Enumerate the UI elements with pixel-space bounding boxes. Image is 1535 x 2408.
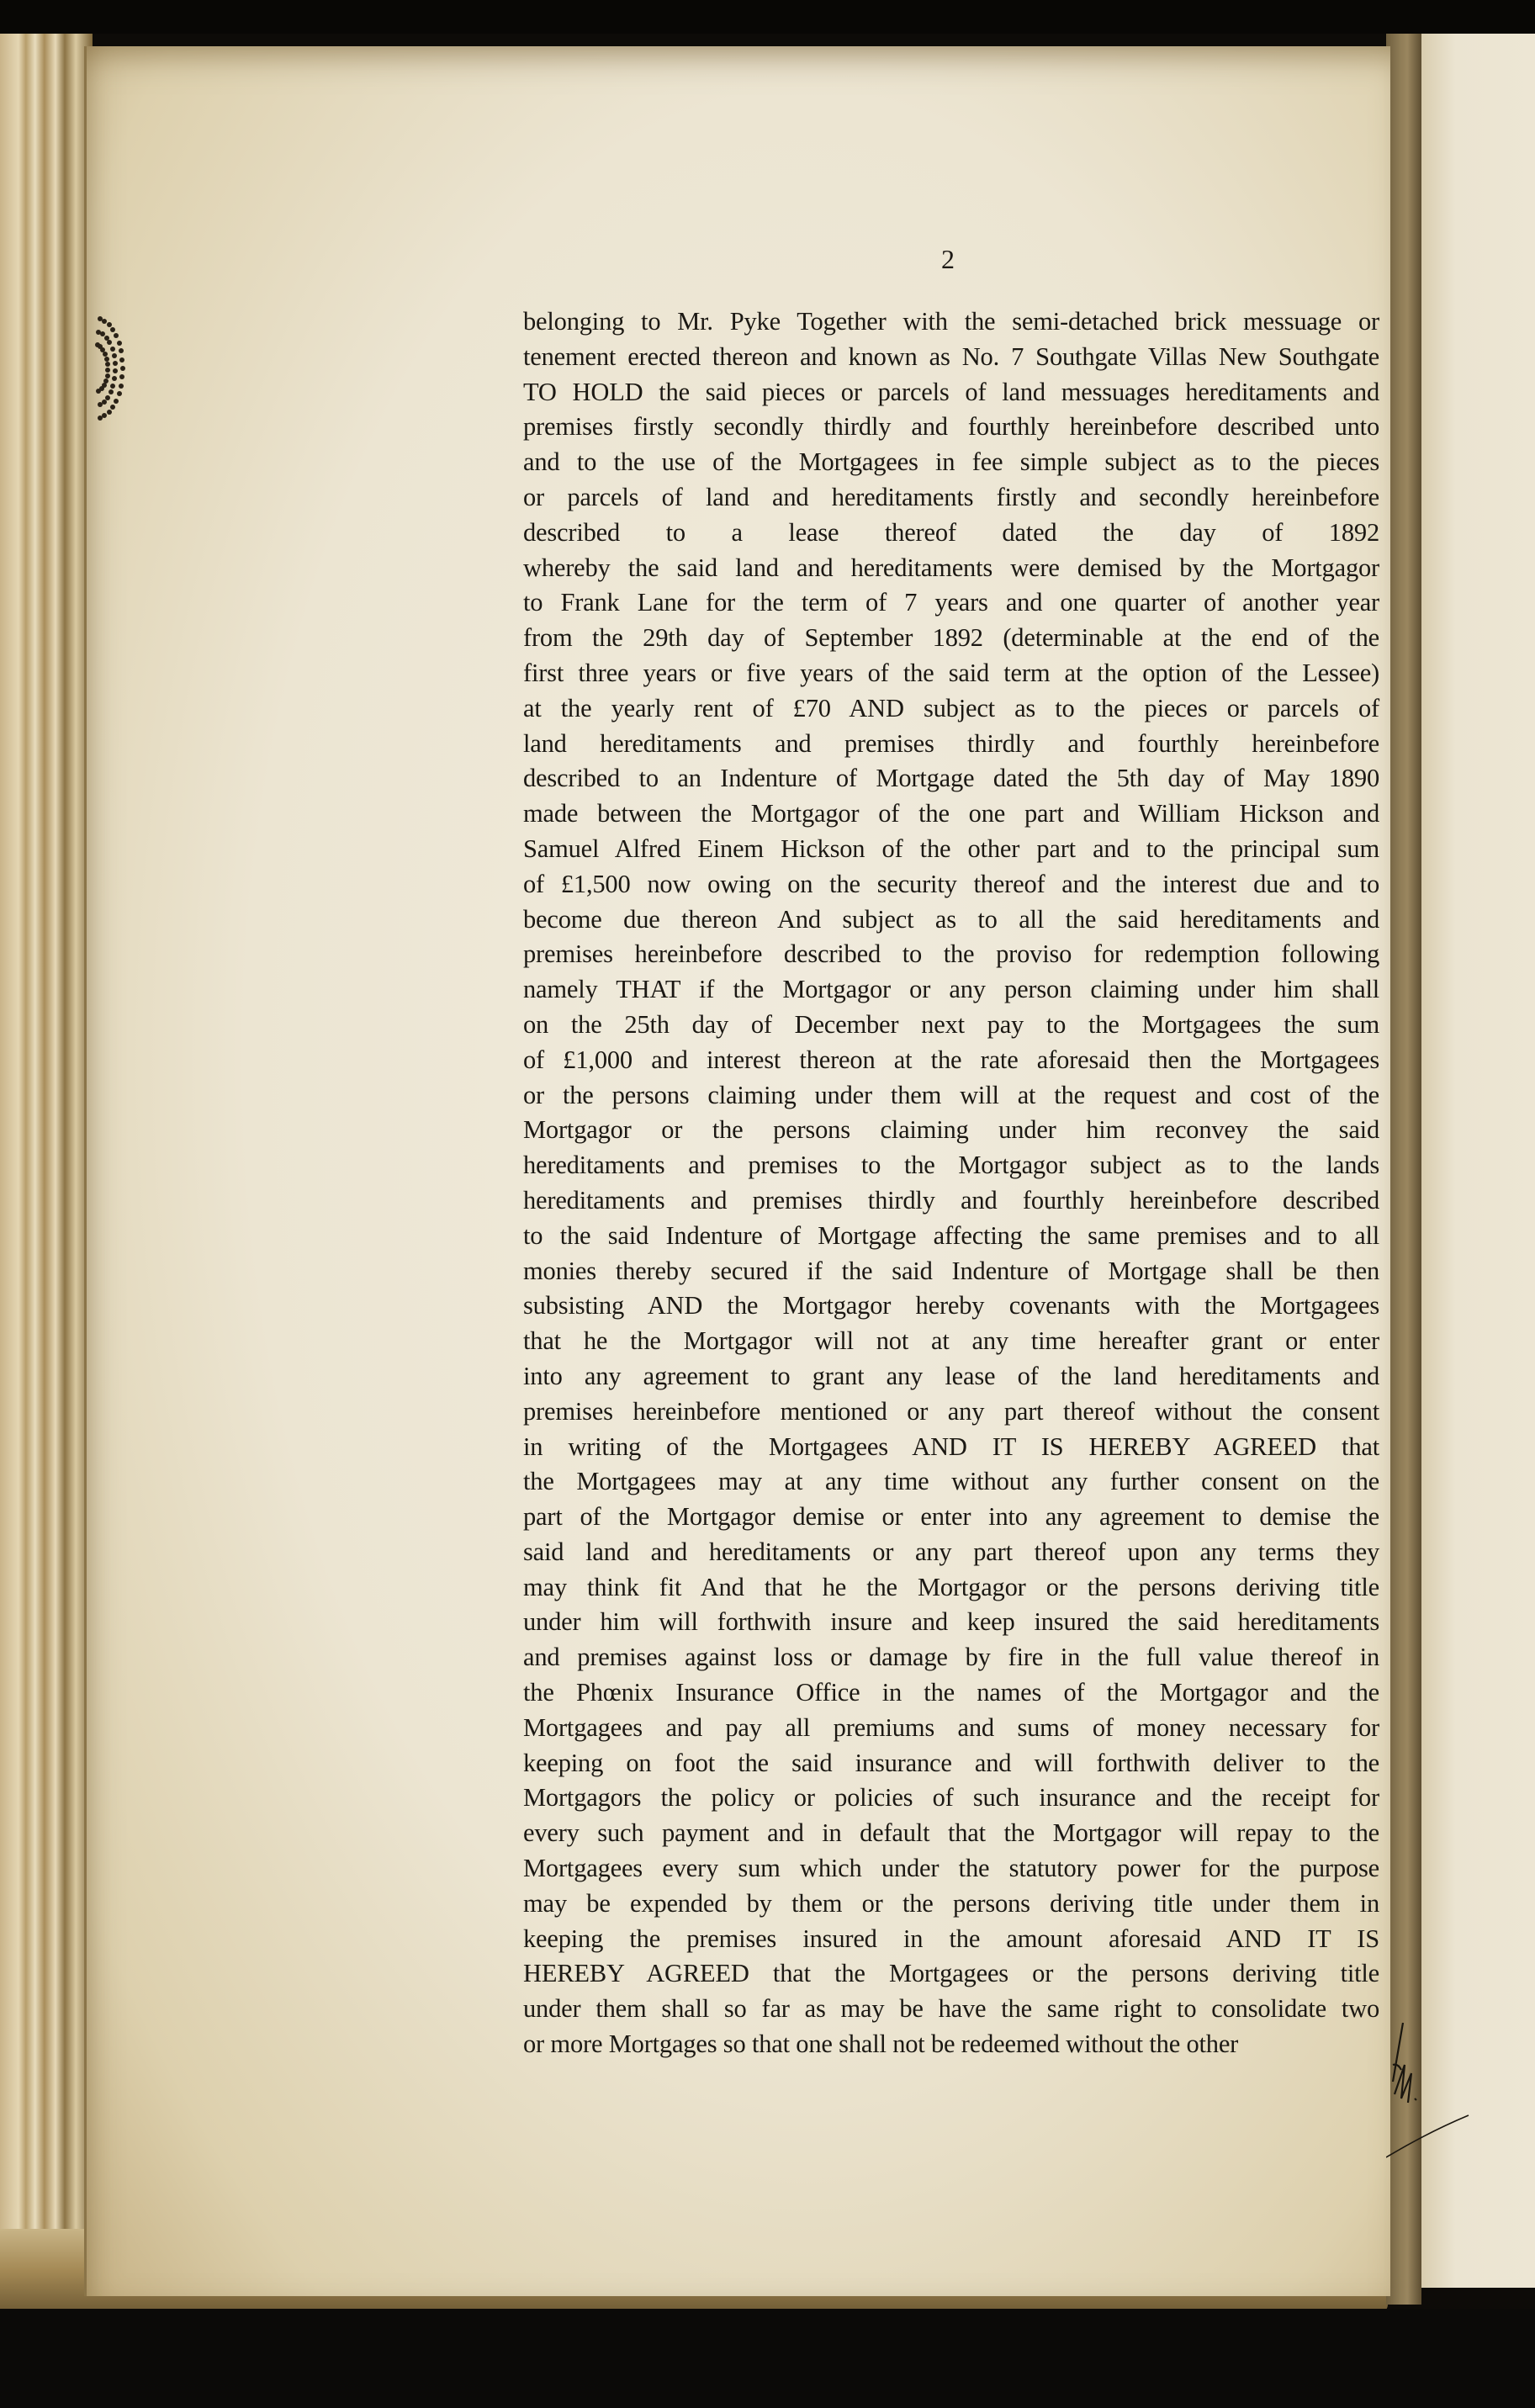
perforation-dot — [112, 376, 117, 381]
text-line: keeping on foot the said insurance and w… — [523, 1746, 1379, 1781]
text-line: may be expended by them or the persons d… — [523, 1887, 1379, 1922]
text-line: subsisting AND the Mortgagor hereby cove… — [523, 1289, 1379, 1324]
perforation-dot — [120, 366, 125, 371]
text-line: the Phœnix Insurance Office in the names… — [523, 1675, 1379, 1711]
perforation-dot — [96, 389, 101, 394]
perforation-dot — [102, 413, 107, 418]
scan-background-bottom — [0, 2309, 1535, 2408]
perforation-dot — [112, 353, 117, 358]
perforation-dot — [107, 322, 112, 327]
binding-gutter — [1386, 34, 1421, 2305]
text-line: TO HOLD the said pieces or parcels of la… — [523, 375, 1379, 410]
perforation-dot — [103, 352, 108, 357]
perforation-dot — [114, 399, 119, 404]
perforation-dot — [110, 384, 115, 389]
text-line: into any agreement to grant any lease of… — [523, 1359, 1379, 1395]
perforation-dot — [114, 333, 119, 338]
perforation-dot — [107, 410, 112, 415]
perforation-dot — [110, 405, 115, 410]
text-line: and to the use of the Mortgagees in fee … — [523, 445, 1379, 480]
text-line: Mortgagees every sum which under the sta… — [523, 1851, 1379, 1887]
text-line: Mortgagors the policy or policies of suc… — [523, 1781, 1379, 1816]
text-line: described to an Indenture of Mortgage da… — [523, 761, 1379, 796]
perforation-dot — [119, 374, 124, 379]
text-line: described to a lease thereof dated the d… — [523, 516, 1379, 551]
text-line: premises hereinbefore described to the p… — [523, 937, 1379, 972]
handwritten-initials-icon — [1386, 2014, 1487, 2183]
text-line: Mortgagees and pay all premiums and sums… — [523, 1711, 1379, 1746]
text-line: premises hereinbefore mentioned or any p… — [523, 1395, 1379, 1430]
text-line: Mortgagor or the persons claiming under … — [523, 1113, 1379, 1148]
perforation-dot — [117, 391, 122, 396]
text-line: namely THAT if the Mortgagor or any pers… — [523, 972, 1379, 1008]
perforation-dot — [107, 340, 112, 345]
text-line: of £1,500 now owing on the security ther… — [523, 867, 1379, 902]
text-line: or parcels of land and hereditaments fir… — [523, 480, 1379, 516]
text-line: from the 29th day of September 1892 (det… — [523, 621, 1379, 656]
text-line: to the said Indenture of Mortgage affect… — [523, 1219, 1379, 1254]
text-line: HEREBY AGREED that the Mortgagees or the… — [523, 1956, 1379, 1992]
perforation-dot — [98, 402, 103, 407]
perforation-dot — [113, 368, 118, 373]
perforation-dot — [109, 389, 114, 394]
text-line: said land and hereditaments or any part … — [523, 1535, 1379, 1570]
text-line: the Mortgagees may at any time without a… — [523, 1464, 1379, 1500]
text-line: land hereditaments and premises thirdly … — [523, 727, 1379, 762]
text-line: hereditaments and premises to the Mortga… — [523, 1148, 1379, 1183]
perforation-dot — [119, 384, 124, 389]
perforation-dot — [105, 373, 110, 378]
perforation-dot — [113, 361, 118, 366]
text-line: whereby the said land and hereditaments … — [523, 551, 1379, 586]
text-line: keeping the premises insured in the amou… — [523, 1922, 1379, 1957]
text-line: hereditaments and premises thirdly and f… — [523, 1183, 1379, 1219]
text-line: part of the Mortgagor demise or enter in… — [523, 1500, 1379, 1535]
text-line: become due thereon And subject as to all… — [523, 902, 1379, 938]
text-line: of £1,000 and interest thereon at the ra… — [523, 1043, 1379, 1078]
text-line: or more Mortgages so that one shall not … — [523, 2027, 1379, 2062]
text-line: made between the Mortgagor of the one pa… — [523, 796, 1379, 832]
scan-background-top — [0, 0, 1535, 34]
text-line: Samuel Alfred Einem Hickson of the other… — [523, 832, 1379, 867]
text-line: belonging to Mr. Pyke Together with the … — [523, 304, 1379, 340]
perforation-dot — [119, 357, 124, 363]
perforation-dot — [105, 362, 110, 367]
text-line: at the yearly rent of £70 AND subject as… — [523, 691, 1379, 727]
text-line: every such payment and in default that t… — [523, 1816, 1379, 1851]
perforation-dot — [105, 368, 110, 373]
text-line: that he the Mortgagor will not at any ti… — [523, 1324, 1379, 1359]
page-number: 2 — [935, 244, 961, 275]
text-line: to Frank Lane for the term of 7 years an… — [523, 585, 1379, 621]
perforation-dot — [110, 327, 115, 332]
facing-page-edge — [1421, 34, 1535, 2288]
perforation-dot — [117, 341, 122, 346]
text-line: monies thereby secured if the said Inden… — [523, 1254, 1379, 1289]
text-line: under him will forthwith insure and keep… — [523, 1605, 1379, 1640]
perforation-dot — [104, 357, 109, 362]
text-line: premises firstly secondly thirdly and fo… — [523, 410, 1379, 445]
text-line: and premises against loss or damage by f… — [523, 1640, 1379, 1675]
text-line: on the 25th day of December next pay to … — [523, 1008, 1379, 1043]
deed-body-text: belonging to Mr. Pyke Together with the … — [523, 304, 1379, 2062]
text-line: or the persons claiming under them will … — [523, 1078, 1379, 1114]
text-line: under them shall so far as may be have t… — [523, 1992, 1379, 2027]
text-line: first three years or five years of the s… — [523, 656, 1379, 691]
perforation-dot — [110, 347, 115, 352]
perforation-dot — [98, 415, 103, 421]
perforation-dot — [119, 348, 124, 353]
text-line: may think fit And that he the Mortgagor … — [523, 1570, 1379, 1606]
perforated-stamp-icon — [84, 294, 143, 437]
text-line: tenement erected thereon and known as No… — [523, 340, 1379, 375]
text-line: in writing of the Mortgagees AND IT IS H… — [523, 1430, 1379, 1465]
page-stack-edges — [0, 34, 93, 2305]
